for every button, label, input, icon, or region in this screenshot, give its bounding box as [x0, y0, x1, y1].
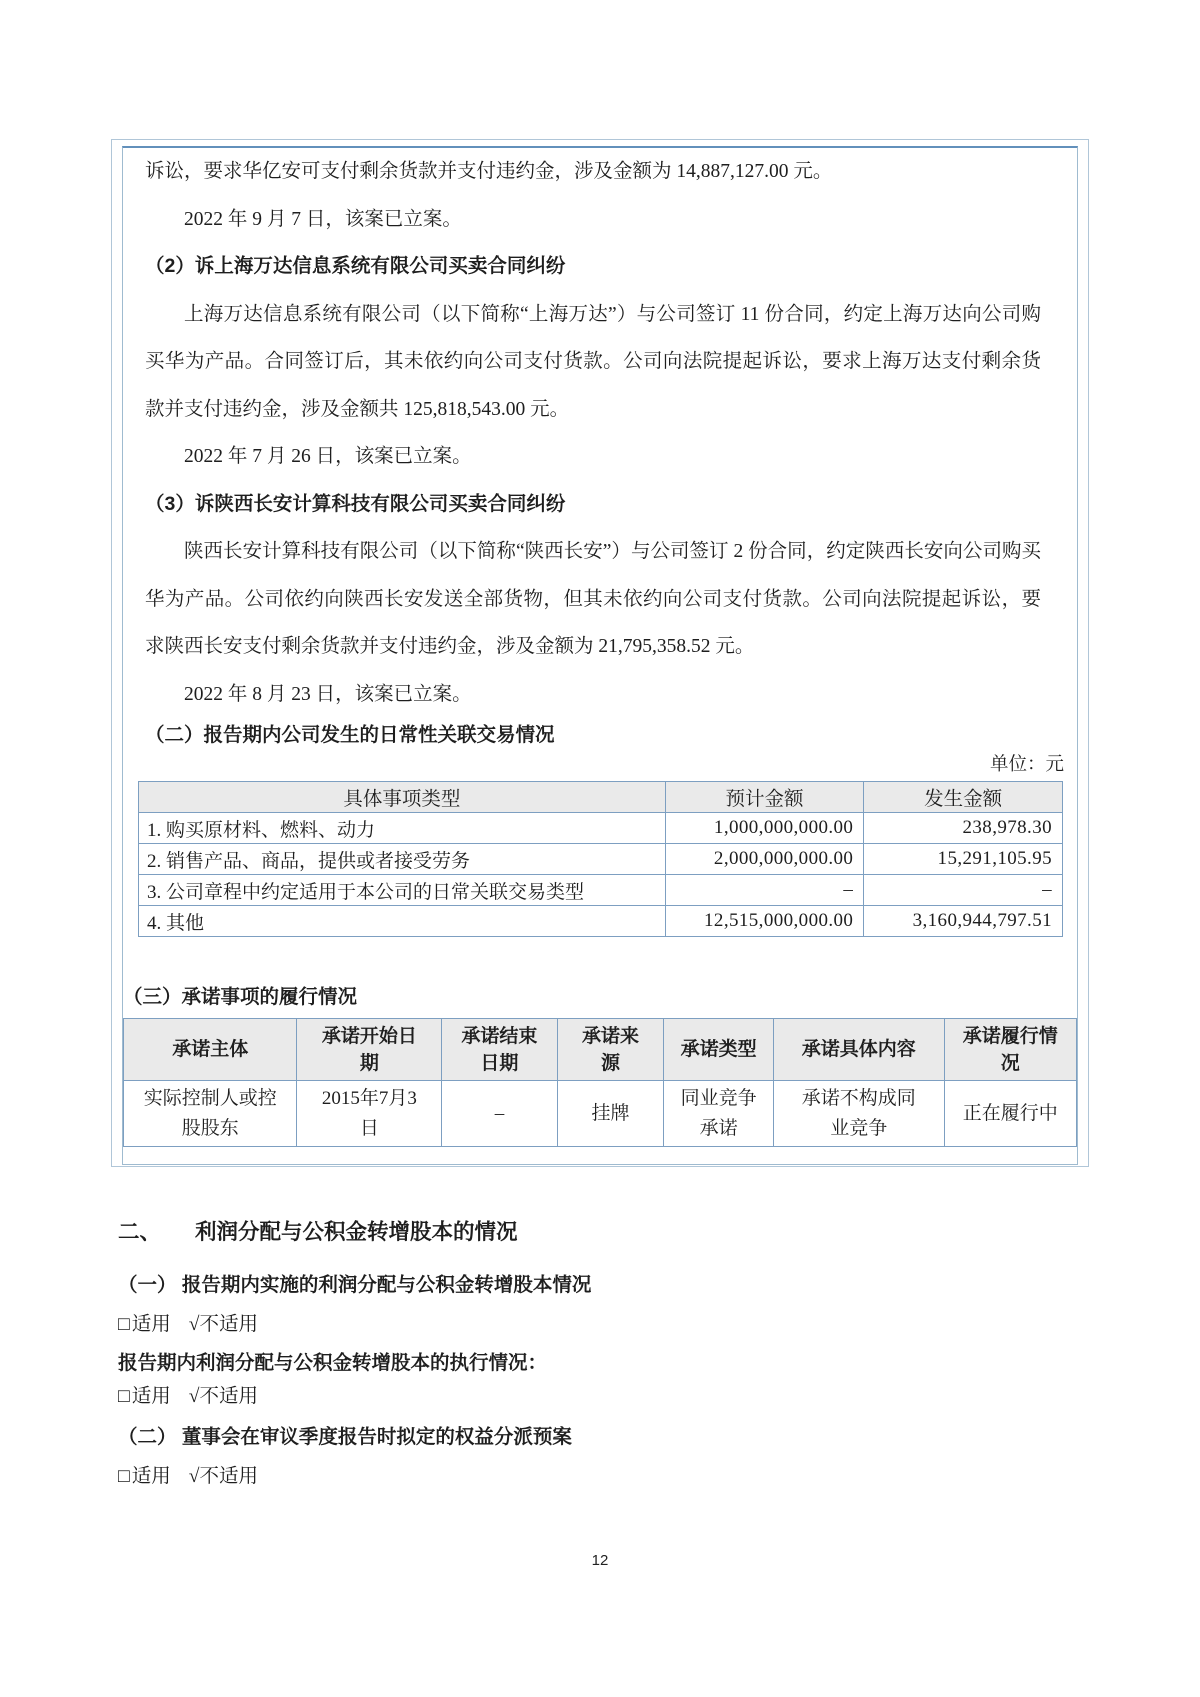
cell-item: 2. 销售产品、商品，提供或者接受劳务 — [139, 844, 666, 875]
cell-expected: – — [665, 875, 864, 906]
cell-actual: – — [864, 875, 1063, 906]
paragraph-case1-filing-date: 2022 年 9 月 7 日，该案已立案。 — [145, 196, 1041, 244]
heading-profit-distribution-execution: 报告期内利润分配与公积金转增股本的执行情况： — [118, 1350, 1098, 1376]
applicable-label: 适用 — [132, 1386, 171, 1407]
column-header-item-type: 具体事项类型 — [139, 782, 666, 813]
column-header-performance: 承诺履行情 况 — [944, 1019, 1077, 1081]
cell-commitment-party: 实际控制人或控 股股东 — [124, 1081, 297, 1147]
heading-case3: （3）诉陕西长安计算科技有限公司买卖合同纠纷 — [145, 481, 1041, 529]
cell-source: 挂牌 — [557, 1081, 664, 1147]
applicability-line-3: □适用√不适用 — [118, 1464, 1098, 1490]
cell-content: 承诺不构成同 业竞争 — [773, 1081, 944, 1147]
cell-item: 1. 购买原材料、燃料、动力 — [139, 813, 666, 844]
section-two-number: 二、 — [118, 1218, 195, 1246]
checkmark-icon: √ — [189, 1386, 200, 1407]
cell-performance: 正在履行中 — [944, 1081, 1077, 1147]
cell-start-date: 2015年7月3 日 — [297, 1081, 442, 1147]
cell-expected: 12,515,000,000.00 — [665, 906, 864, 937]
content-inner-box: 诉讼，要求华亿安可支付剩余货款并支付违约金，涉及金额为 14,887,127.0… — [122, 146, 1078, 1165]
heading-profit-distribution-implemented: （一） 报告期内实施的利润分配与公积金转增股本情况 — [118, 1272, 1098, 1298]
not-applicable-label: 不适用 — [200, 1466, 259, 1487]
column-header-commitment-party: 承诺主体 — [124, 1019, 297, 1081]
table-row: 实际控制人或控 股股东 2015年7月3 日 – 挂牌 同业竞争 承诺 承诺不构… — [124, 1081, 1077, 1147]
paragraph-case2-filing-date: 2022 年 7 月 26 日，该案已立案。 — [145, 433, 1041, 481]
content-border-box: 诉讼，要求华亿安可支付剩余货款并支付违约金，涉及金额为 14,887,127.0… — [111, 139, 1089, 1167]
heading-related-transactions: （二）报告期内公司发生的日常性关联交易情况 — [145, 720, 1041, 750]
cell-expected: 2,000,000,000.00 — [665, 844, 864, 875]
applicable-label: 适用 — [132, 1466, 171, 1487]
table-header-row: 具体事项类型 预计金额 发生金额 — [139, 782, 1063, 813]
paragraph-case3-filing-date: 2022 年 8 月 23 日，该案已立案。 — [145, 671, 1041, 719]
section-profit-distribution: 二、利润分配与公积金转增股本的情况 （一） 报告期内实施的利润分配与公积金转增股… — [118, 1218, 1098, 1504]
heading-dividend-proposal: （二） 董事会在审议季度报告时拟定的权益分派预案 — [118, 1424, 1098, 1450]
applicability-line-2: □适用√不适用 — [118, 1384, 1098, 1410]
checkbox-unchecked-icon: □ — [118, 1314, 132, 1335]
not-applicable-label: 不适用 — [200, 1386, 259, 1407]
cell-type: 同业竞争 承诺 — [664, 1081, 774, 1147]
commitments-table: 承诺主体 承诺开始日 期 承诺结束 日期 承诺来 源 承诺类型 承诺具体内容 承… — [123, 1018, 1077, 1147]
paragraph-case3-body: 陕西长安计算科技有限公司（以下简称“陕西长安”）与公司签订 2 份合同，约定陕西… — [145, 528, 1041, 671]
column-header-actual-amount: 发生金额 — [864, 782, 1063, 813]
cell-expected: 1,000,000,000.00 — [665, 813, 864, 844]
paragraph-case2-body: 上海万达信息系统有限公司（以下简称“上海万达”）与公司签订 11 份合同，约定上… — [145, 291, 1041, 434]
table-row: 3. 公司章程中约定适用于本公司的日常关联交易类型 – – — [139, 875, 1063, 906]
paragraph-case1-amount: 诉讼，要求华亿安可支付剩余货款并支付违约金，涉及金额为 14,887,127.0… — [145, 148, 1041, 196]
column-header-content: 承诺具体内容 — [773, 1019, 944, 1081]
cell-end-date: – — [442, 1081, 557, 1147]
column-header-start-date: 承诺开始日 期 — [297, 1019, 442, 1081]
applicable-label: 适用 — [132, 1314, 171, 1335]
heading-case2: （2）诉上海万达信息系统有限公司买卖合同纠纷 — [145, 243, 1041, 291]
cell-actual: 15,291,105.95 — [864, 844, 1063, 875]
table-row: 1. 购买原材料、燃料、动力 1,000,000,000.00 238,978.… — [139, 813, 1063, 844]
applicability-line-1: □适用√不适用 — [118, 1312, 1098, 1338]
page-number: 12 — [0, 1552, 1200, 1569]
cell-item: 3. 公司章程中约定适用于本公司的日常关联交易类型 — [139, 875, 666, 906]
column-header-source: 承诺来 源 — [557, 1019, 664, 1081]
not-applicable-label: 不适用 — [200, 1314, 259, 1335]
related-transactions-table: 具体事项类型 预计金额 发生金额 1. 购买原材料、燃料、动力 1,000,00… — [138, 781, 1063, 937]
table-header-row: 承诺主体 承诺开始日 期 承诺结束 日期 承诺来 源 承诺类型 承诺具体内容 承… — [124, 1019, 1077, 1081]
section-two-title-text: 利润分配与公积金转增股本的情况 — [195, 1220, 518, 1244]
document-page: 诉讼，要求华亿安可支付剩余货款并支付违约金，涉及金额为 14,887,127.0… — [0, 0, 1200, 1697]
heading-commitments: （三）承诺事项的履行情况 — [123, 982, 1077, 1012]
section-two-title: 二、利润分配与公积金转增股本的情况 — [118, 1218, 1098, 1246]
table-row: 2. 销售产品、商品，提供或者接受劳务 2,000,000,000.00 15,… — [139, 844, 1063, 875]
unit-label: 单位：元 — [123, 750, 1064, 780]
column-header-expected-amount: 预计金额 — [665, 782, 864, 813]
table-row: 4. 其他 12,515,000,000.00 3,160,944,797.51 — [139, 906, 1063, 937]
cell-actual: 3,160,944,797.51 — [864, 906, 1063, 937]
column-header-end-date: 承诺结束 日期 — [442, 1019, 557, 1081]
checkmark-icon: √ — [189, 1314, 200, 1335]
checkbox-unchecked-icon: □ — [118, 1466, 132, 1487]
checkbox-unchecked-icon: □ — [118, 1386, 132, 1407]
cell-actual: 238,978.30 — [864, 813, 1063, 844]
checkmark-icon: √ — [189, 1466, 200, 1487]
column-header-type: 承诺类型 — [664, 1019, 774, 1081]
cell-item: 4. 其他 — [139, 906, 666, 937]
